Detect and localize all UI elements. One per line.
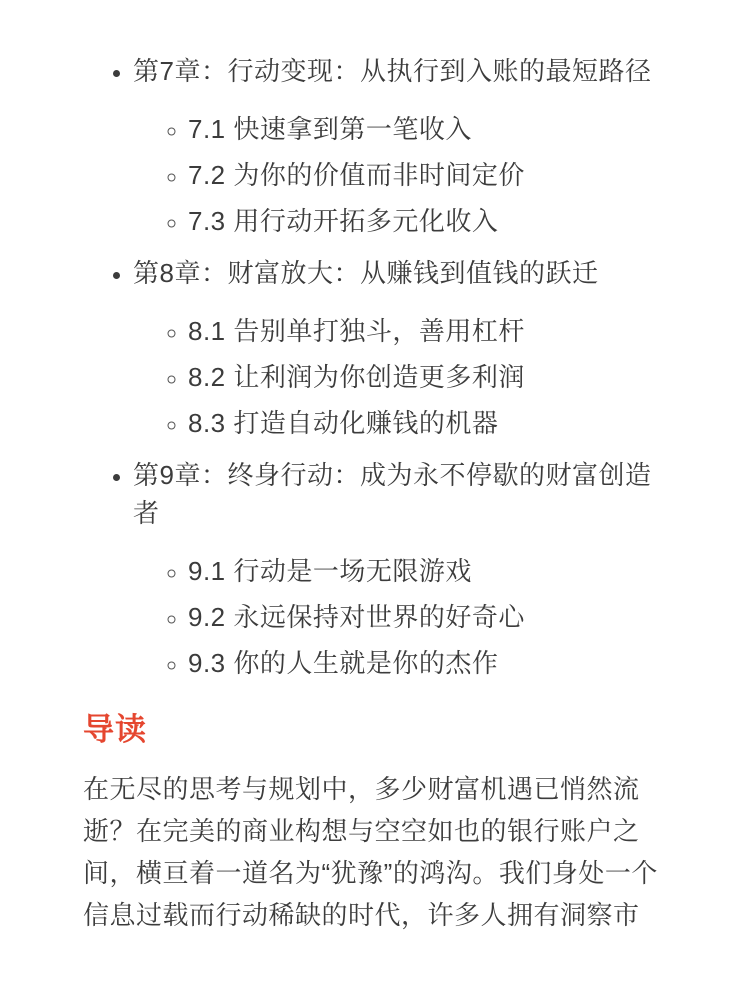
toc-section: 9.1 行动是一场无限游戏 [188,552,671,590]
intro-paragraph: 在无尽的思考与规划中，多少财富机遇已悄然流逝？在完美的商业构想与空空如也的银行账… [83,768,671,936]
section-heading-daodu: 导读 [83,708,671,752]
toc-chapter-7: 第7章：行动变现：从执行到入账的最短路径 7.1 快速拿到第一笔收入 7.2 为… [133,52,671,240]
toc-section: 8.2 让利润为你创造更多利润 [188,358,671,396]
chapter-title: 第7章：行动变现：从执行到入账的最短路径 [133,56,651,86]
toc-sublist-7: 7.1 快速拿到第一笔收入 7.2 为你的价值而非时间定价 7.3 用行动开拓多… [133,110,671,240]
toc-section: 7.2 为你的价值而非时间定价 [188,156,671,194]
chapter-title: 第8章：财富放大：从赚钱到值钱的跃迁 [133,258,598,288]
article-page: 第7章：行动变现：从执行到入账的最短路径 7.1 快速拿到第一笔收入 7.2 为… [0,0,750,1000]
toc-list: 第7章：行动变现：从执行到入账的最短路径 7.1 快速拿到第一笔收入 7.2 为… [83,52,671,682]
chapter-title: 第9章：终身行动：成为永不停歇的财富创造者 [133,460,651,528]
toc-sublist-9: 9.1 行动是一场无限游戏 9.2 永远保持对世界的好奇心 9.3 你的人生就是… [133,552,671,682]
toc-section: 9.3 你的人生就是你的杰作 [188,644,671,682]
toc-section: 8.1 告别单打独斗，善用杠杆 [188,312,671,350]
toc-section: 8.3 打造自动化赚钱的机器 [188,404,671,442]
toc-section: 7.3 用行动开拓多元化收入 [188,202,671,240]
toc-chapter-8: 第8章：财富放大：从赚钱到值钱的跃迁 8.1 告别单打独斗，善用杠杆 8.2 让… [133,254,671,442]
toc-chapter-9: 第9章：终身行动：成为永不停歇的财富创造者 9.1 行动是一场无限游戏 9.2 … [133,456,671,682]
toc-sublist-8: 8.1 告别单打独斗，善用杠杆 8.2 让利润为你创造更多利润 8.3 打造自动… [133,312,671,442]
toc-section: 7.1 快速拿到第一笔收入 [188,110,671,148]
toc-section: 9.2 永远保持对世界的好奇心 [188,598,671,636]
